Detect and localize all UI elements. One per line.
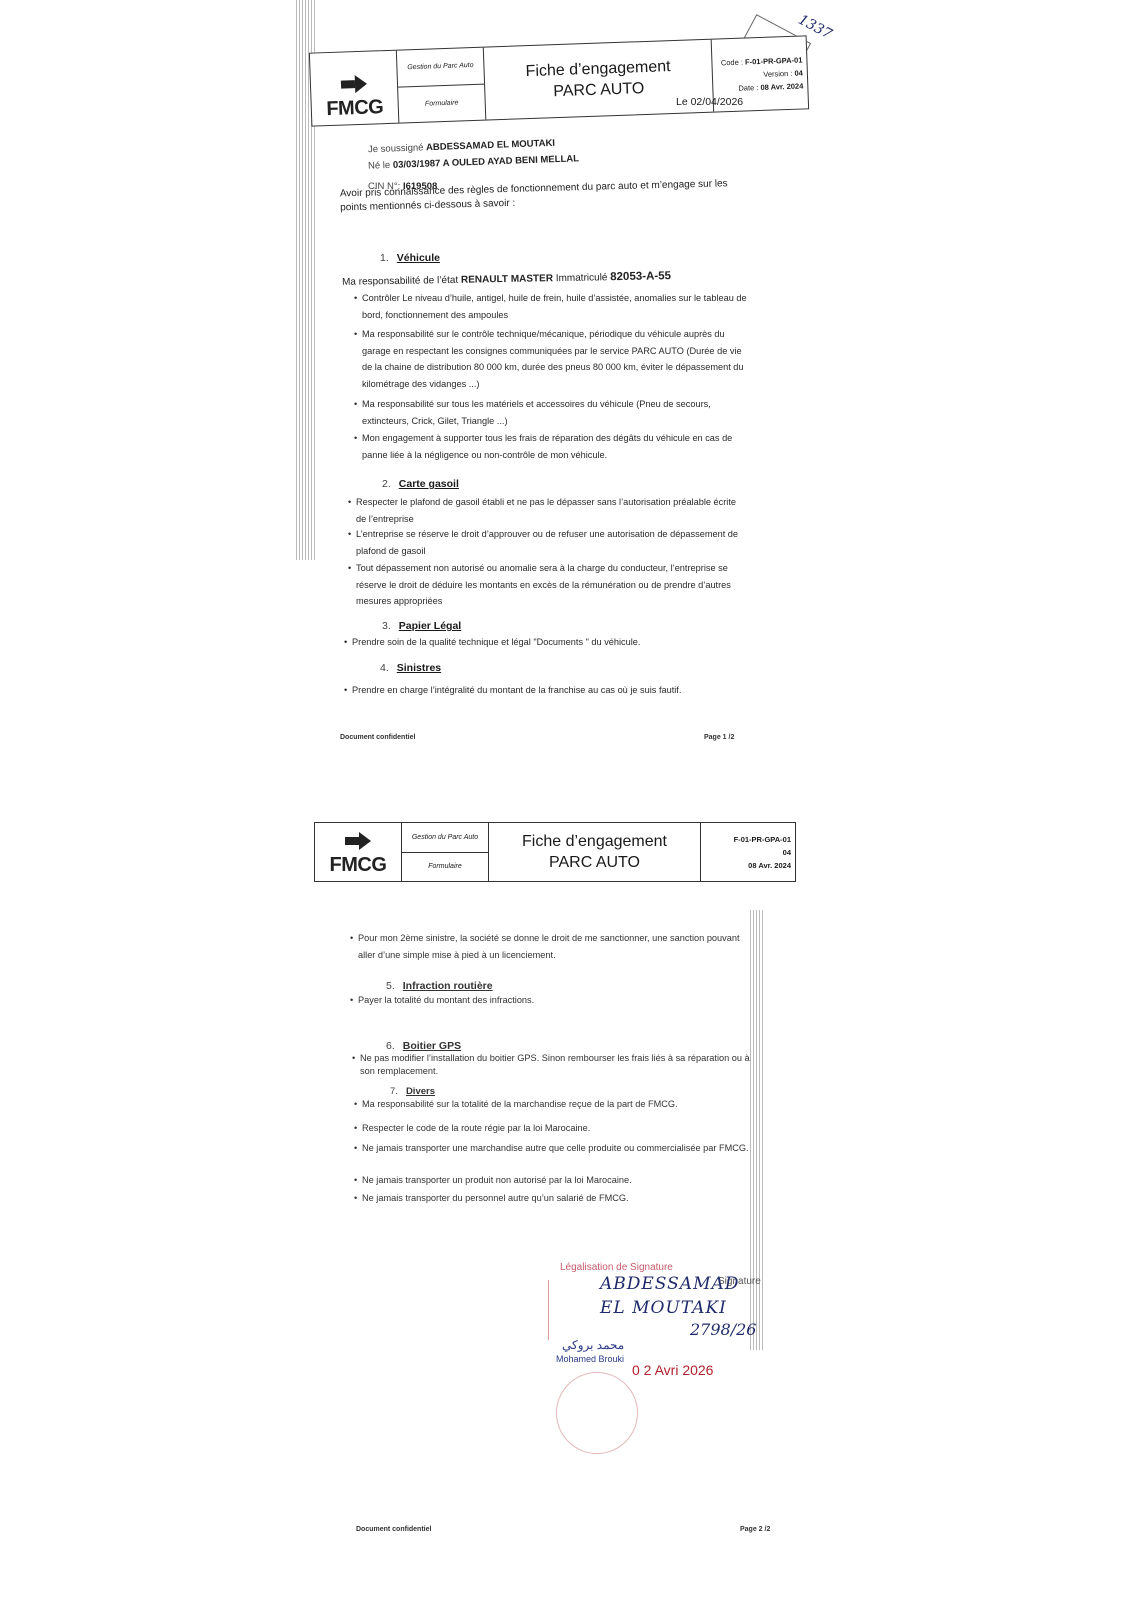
logo-text: FMCG	[330, 854, 387, 877]
list-item: Prendre soin de la qualité technique et …	[352, 634, 752, 651]
signature-legalization-stamp: Légalisation de Signature Signature ABDE…	[540, 1262, 780, 1462]
department-label: Gestion du Parc Auto	[402, 823, 488, 853]
stamp-date: 0 2 Avri 2026	[632, 1362, 713, 1378]
list-item: Pour mon 2ème sinistre, la société se do…	[358, 930, 758, 963]
list-item: Ne jamais transporter un produit non aut…	[362, 1172, 758, 1189]
code-value: F-01-PR-GPA-01	[734, 833, 791, 846]
arrow-logo-icon	[345, 832, 371, 850]
list-item: Ma responsabilité sur le contrôle techni…	[362, 326, 748, 392]
list-item: Tout dépassement non autorisé ou anomali…	[356, 560, 748, 610]
birth-label: Né le	[368, 160, 391, 172]
list-item: Respecter le code de la route régie par …	[362, 1120, 758, 1137]
signer-name: ABDESSAMAD EL MOUTAKI	[426, 138, 555, 153]
title-line-1: Fiche d’engagement	[525, 56, 671, 82]
logo-text: FMCG	[326, 96, 384, 121]
section-5-title: 5.Infraction routière	[386, 980, 493, 992]
section-label: Carte gasoil	[399, 478, 459, 490]
handwritten-last-name: EL MOUTAKI	[600, 1298, 727, 1318]
document-code-block: F-01-PR-GPA-01 04 08 Avr. 2024	[701, 823, 795, 881]
title-line-2: PARC AUTO	[553, 78, 645, 102]
lead-text-2: Immatriculé	[553, 272, 610, 284]
vehicle-responsibility-line: Ma responsabilité de l’état RENAULT MAST…	[342, 269, 671, 290]
lead-text: Ma responsabilité de l’état	[342, 275, 461, 288]
version-value: 04	[794, 68, 803, 77]
official-name-arabic: محمد بروكي	[562, 1338, 624, 1352]
section-label: Infraction routière	[403, 980, 493, 992]
section-number: 2.	[382, 478, 391, 490]
section-label: Sinistres	[397, 662, 441, 674]
document-page-2: FMCG Gestion du Parc Auto Formulaire Fic…	[0, 780, 1131, 1599]
page-number: Page 1 /2	[704, 734, 734, 741]
title-line-2: PARC AUTO	[549, 852, 640, 873]
section-2-title: 2.Carte gasoil	[382, 478, 459, 490]
doc-type-label: Formulaire	[402, 853, 488, 882]
document-title: Fiche d’engagement PARC AUTO	[489, 823, 701, 881]
department-label: Gestion du Parc Auto	[397, 48, 484, 87]
doc-type-label: Formulaire	[398, 84, 485, 122]
section-label: Papier Légal	[399, 620, 461, 632]
license-plate: 82053-A-55	[610, 270, 671, 283]
section-label: Boitier GPS	[403, 1040, 461, 1052]
stamp-title: Légalisation de Signature	[560, 1262, 673, 1273]
date-value: 08 Avr. 2024	[760, 81, 803, 91]
list-item: Respecter le plafond de gasoil établi et…	[356, 494, 748, 527]
page-number: Page 2 /2	[740, 1526, 770, 1533]
section-1-title: 1.Véhicule	[380, 252, 440, 264]
section-label: Véhicule	[397, 252, 440, 264]
list-item: L’entreprise se réserve le droit d’appro…	[356, 526, 748, 559]
vehicle-model: RENAULT MASTER	[461, 273, 553, 286]
list-item: Ma responsabilité sur la totalité de la …	[362, 1096, 758, 1113]
list-item: Prendre en charge l’intégralité du monta…	[352, 682, 752, 699]
list-item: Contrôler Le niveau d’huile, antigel, hu…	[362, 290, 748, 323]
list-item: Ne pas modifier l’installation du boitie…	[360, 1052, 760, 1078]
list-item: Ma responsabilité sur tous les matériels…	[362, 396, 748, 429]
official-name: Mohamed Brouki	[556, 1354, 624, 1364]
list-item: Mon engagement à supporter tous les frai…	[362, 430, 748, 463]
handwritten-first-name: ABDESSAMAD	[600, 1274, 739, 1294]
version-value: 04	[783, 846, 791, 859]
section-6-title: 6.Boitier GPS	[386, 1040, 461, 1052]
date-label: Date :	[738, 83, 758, 93]
company-logo: FMCG	[310, 51, 399, 126]
code-label: Code :	[721, 57, 743, 67]
section-number: 6.	[386, 1040, 395, 1052]
list-item: Ne jamais transporter une marchandise au…	[362, 1142, 758, 1155]
birth-value: 03/03/1987 A OULED AYAD BENI MELLAL	[393, 153, 579, 170]
version-label: Version :	[763, 68, 792, 78]
list-item: Ne jamais transporter du personnel autre…	[362, 1190, 758, 1207]
signer-label: Je soussigné	[368, 142, 424, 155]
code-value: F-01-PR-GPA-01	[745, 55, 803, 66]
document-date: Le 02/04/2026	[676, 96, 743, 108]
section-4-title: 4.Sinistres	[380, 662, 441, 674]
section-3-title: 3.Papier Légal	[382, 620, 461, 632]
section-number: 4.	[380, 662, 389, 674]
arrow-logo-icon	[341, 75, 368, 94]
handwritten-register-number: 2798/26	[690, 1320, 756, 1339]
footer-confidential: Document confidentiel	[356, 1526, 431, 1533]
company-logo: FMCG	[315, 823, 402, 881]
date-value: 08 Avr. 2024	[748, 859, 791, 872]
footer-confidential: Document confidentiel	[340, 734, 415, 741]
round-seal-icon	[556, 1372, 638, 1454]
list-item: Payer la totalité du montant des infract…	[358, 992, 758, 1009]
title-line-1: Fiche d’engagement	[522, 831, 667, 852]
document-page-1: 1337 FMCG Gestion du Parc Auto Formulair…	[0, 0, 1131, 780]
section-number: 1.	[380, 252, 389, 264]
section-number: 5.	[386, 980, 395, 992]
document-header: FMCG Gestion du Parc Auto Formulaire Fic…	[314, 822, 796, 882]
section-number: 3.	[382, 620, 391, 632]
document-header: FMCG Gestion du Parc Auto Formulaire Fic…	[309, 35, 809, 126]
